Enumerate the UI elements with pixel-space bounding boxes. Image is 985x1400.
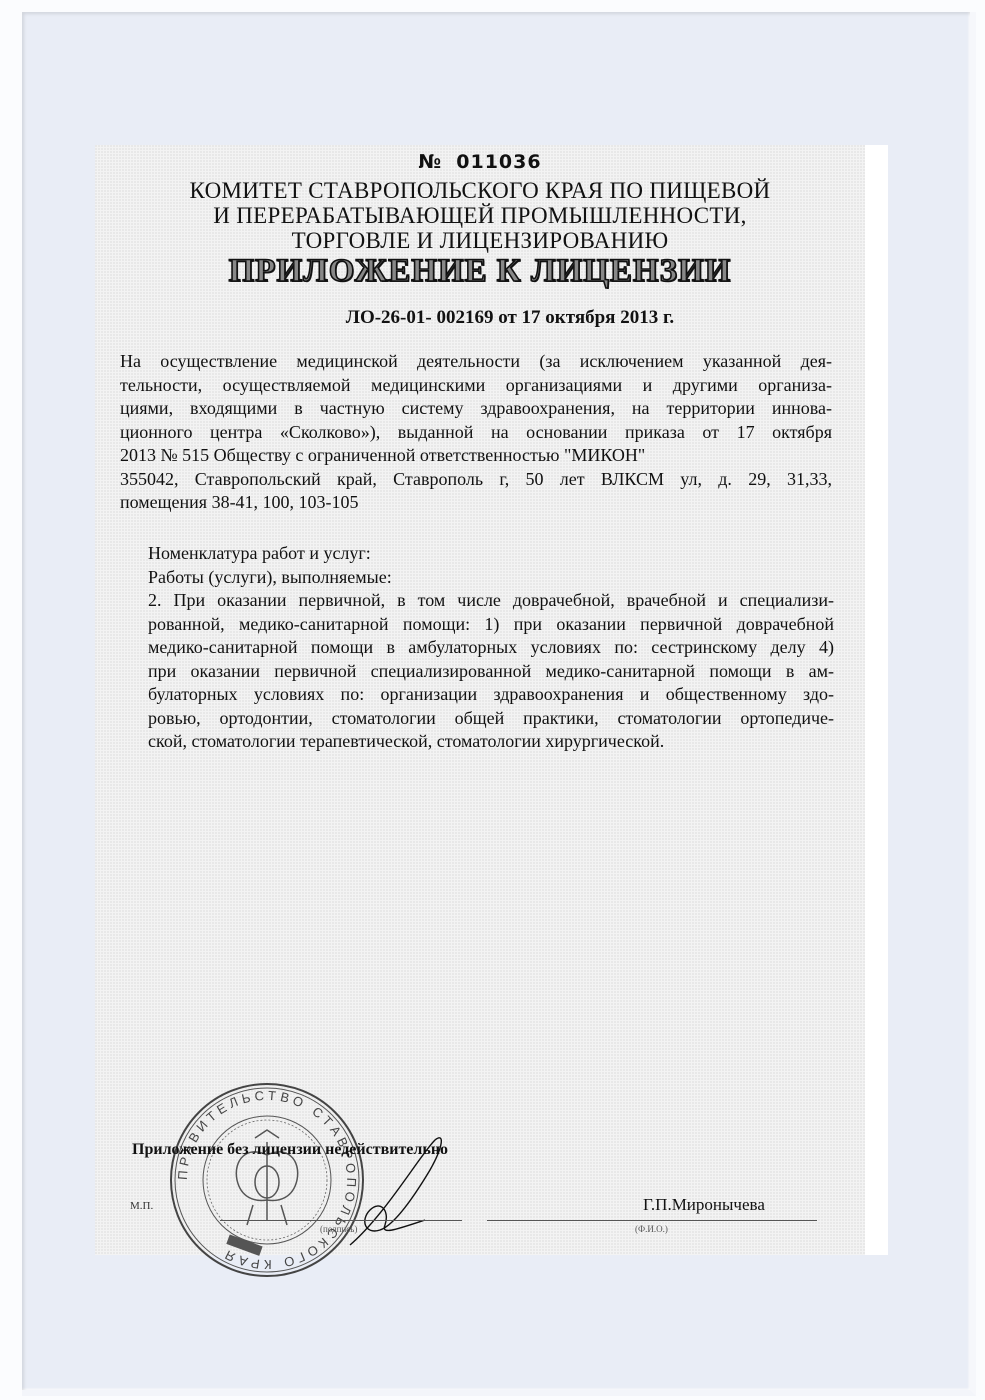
signature-icon xyxy=(325,1135,485,1255)
serial-value: 011036 xyxy=(456,151,541,173)
text-line: медико-санитарной помощи в амбулаторных … xyxy=(148,636,834,660)
text-line: рованной, медико-санитарной помощи: 1) п… xyxy=(148,613,834,637)
text-line: На осуществление медицинской деятельност… xyxy=(120,350,832,374)
stamp-place-label: М.П. xyxy=(130,1200,153,1212)
document-title: ПРИЛОЖЕНИЕ К ЛИЦЕНЗИИ xyxy=(95,253,865,290)
name-caption: (Ф.И.О.) xyxy=(635,1224,668,1234)
text-line: 2013 № 515 Обществу с ограниченной ответ… xyxy=(120,444,832,468)
text-line: 2. При оказании первичной, в том числе д… xyxy=(148,589,834,613)
text-line: при оказании первичной специализированно… xyxy=(148,660,834,684)
text-line: 355042, Ставропольский край, Ставрополь … xyxy=(120,468,832,492)
license-appendix-document: №011036 КОМИТЕТ СТАВРОПОЛЬСКОГО КРАЯ ПО … xyxy=(95,145,865,1255)
text-line: ровью, ортодонтии, стоматологии общей пр… xyxy=(148,707,834,731)
name-line xyxy=(487,1220,817,1221)
signature-caption: (подпись) xyxy=(320,1224,357,1234)
text-line: тельности, осуществляемой медицинскими о… xyxy=(120,374,832,398)
text-line: циями, входящими в частную систему здрав… xyxy=(120,397,832,421)
text-line: ской, стоматологии терапевтической, стом… xyxy=(148,730,834,754)
text-line: помещения 38-41, 100, 103-105 xyxy=(120,491,832,515)
committee-line: И ПЕРЕРАБАТЫВАЮЩЕЙ ПРОМЫШЛЕННОСТИ, xyxy=(95,203,865,228)
activity-description: На осуществление медицинской деятельност… xyxy=(120,350,832,515)
number-sign: № xyxy=(418,151,442,173)
serial-number: №011036 xyxy=(95,151,865,173)
services-nomenclature: Номенклатура работ и услуг: Работы (услу… xyxy=(148,542,834,754)
committee-line: ТОРГОВЛЕ И ЛИЦЕНЗИРОВАНИЮ xyxy=(95,228,865,253)
text-line: булаторных условиях по: организации здра… xyxy=(148,683,834,707)
text-line: ционного центра «Сколково»), выданной на… xyxy=(120,421,832,445)
signer-name: Г.П.Миронычева xyxy=(643,1195,765,1215)
issuing-committee: КОМИТЕТ СТАВРОПОЛЬСКОГО КРАЯ ПО ПИЩЕВОЙ … xyxy=(95,178,865,253)
license-number: ЛО-26-01- 002169 от 17 октября 2013 г. xyxy=(95,307,865,329)
committee-line: КОМИТЕТ СТАВРОПОЛЬСКОГО КРАЯ ПО ПИЩЕВОЙ xyxy=(95,178,865,203)
nomenclature-heading: Номенклатура работ и услуг: xyxy=(148,542,834,566)
nomenclature-subheading: Работы (услуги), выполняемые: xyxy=(148,566,834,590)
signature-line xyxy=(220,1220,462,1221)
